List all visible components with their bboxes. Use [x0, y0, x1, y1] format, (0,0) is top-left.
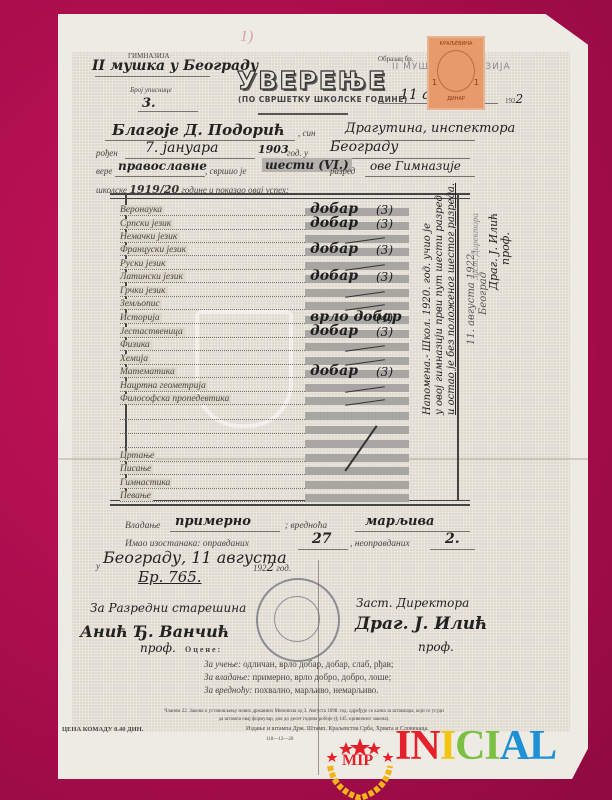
subject-row: Нацртна геометрија — [120, 381, 325, 395]
print-code: 118—12—20 — [266, 737, 293, 742]
grade-mark: (3) — [376, 243, 393, 257]
subject-row: Српски језик — [120, 219, 325, 233]
grade-mark: (3) — [376, 217, 393, 231]
subject-name: Певање — [120, 491, 153, 501]
subject-row: Веронаука — [120, 205, 325, 219]
margin-signature-label: Заст. Директора — [470, 213, 480, 280]
right-signature: Драг. Ј. Илић — [355, 614, 488, 634]
subject-name: Цртање — [120, 451, 156, 461]
legend-conduct: За владање: примерно, врло добро, добро,… — [204, 672, 391, 682]
grade-field — [305, 440, 409, 448]
inicial-logo-text: INICIAL — [395, 722, 556, 770]
subject-row: Философска пропедевтика — [120, 394, 325, 408]
grade-field — [305, 412, 409, 420]
school-seal — [256, 578, 340, 662]
grade-field — [305, 454, 409, 462]
issued-year: 1922 год. — [253, 560, 291, 574]
subject-name: Писање — [120, 464, 153, 474]
subject-row: Математика — [120, 367, 325, 381]
subject-name: Математика — [120, 367, 177, 377]
subject-row — [120, 409, 325, 423]
grade-value: добар — [310, 215, 358, 231]
unexcused-absences: 2. — [445, 531, 460, 547]
subject-name: Латински језик — [120, 272, 185, 282]
grade-field — [305, 426, 409, 434]
left-signature: Анић Ђ. Ванчић — [80, 622, 229, 641]
price-label: ЦЕНА КОМАДУ 0.40 ДИН. — [62, 726, 143, 733]
subject-row: Немачки језик — [120, 232, 325, 246]
subject-row — [120, 423, 325, 437]
grade-field — [305, 494, 409, 502]
grade-value: добар — [310, 241, 358, 257]
grade-value: добар — [310, 323, 358, 339]
margin-signature: Драг. Ј. Илић проф. — [488, 213, 512, 290]
subject-row: Француски језик — [120, 245, 325, 259]
subject-name: Земљопис — [120, 299, 162, 309]
coat-of-arms-icon — [437, 50, 475, 92]
right-signature-label: Заст. Директора — [356, 596, 469, 610]
subject-name: Јестаственица — [120, 327, 185, 337]
subject-row: Руски језик — [120, 259, 325, 273]
subject-row: Историја — [120, 313, 325, 327]
grade-mark: (4) — [376, 311, 393, 325]
subject-name: Философска пропедевтика — [120, 394, 231, 404]
subject-row: Писање — [120, 464, 325, 478]
subject-name: Историја — [120, 313, 162, 323]
grade-mark: (3) — [376, 270, 393, 284]
subject-name: Физика — [120, 340, 152, 350]
grade-value: добар — [310, 268, 358, 284]
subject-name: Грчки језик — [120, 286, 168, 296]
subject-row: Јестаственица — [120, 327, 325, 341]
margin-note: Напомена.- Школ. 1920. год. учио је у ов… — [422, 183, 458, 415]
grade-mark: (3) — [376, 325, 393, 339]
subject-row: Хемија — [120, 354, 325, 368]
legend-diligence: За вредноћу: похвално, марљиво, немарљив… — [204, 685, 379, 695]
subject-row: Грчки језик — [120, 286, 325, 300]
subject-row: Латински језик — [120, 272, 325, 286]
subject-row: Гимнастика — [120, 478, 325, 492]
tax-stamp: КРАЉЕВИНА 1 1 ДИНАР — [427, 36, 485, 110]
subject-name: Српски језик — [120, 219, 173, 229]
grade-mark: (3) — [376, 203, 393, 217]
conduct-value: примерно — [175, 514, 251, 529]
grade-field — [305, 467, 409, 475]
subject-name: Гимнастика — [120, 478, 172, 488]
issued-reference: Бр. 765. — [138, 568, 202, 586]
subject-name: Нацртна геометрија — [120, 381, 208, 391]
left-signature-label: За Разредни старешина — [90, 601, 246, 615]
subject-row: Физика — [120, 340, 325, 354]
excused-absences: 27 — [312, 531, 331, 547]
right-signature-title: проф. — [418, 640, 454, 654]
grade-mark: (3) — [376, 365, 393, 379]
left-signature-title: проф. — [140, 641, 176, 655]
grades-legend-heading: Оцене: — [185, 645, 222, 654]
grade-field — [305, 481, 409, 489]
subject-row: Земљопис — [120, 299, 325, 313]
subject-name: Немачки језик — [120, 232, 179, 242]
subject-name: Веронаука — [120, 205, 164, 215]
mip-badge: MIP — [342, 752, 373, 770]
subject-name: Хемија — [120, 354, 150, 364]
subject-row — [120, 437, 325, 451]
subject-row: Певање — [120, 491, 325, 505]
subject-name: Француски језик — [120, 245, 188, 255]
subject-row: Цртање — [120, 451, 325, 465]
grade-value: добар — [310, 363, 358, 379]
diligence-value: марљива — [365, 514, 434, 529]
subject-name: Руски језик — [120, 259, 167, 269]
